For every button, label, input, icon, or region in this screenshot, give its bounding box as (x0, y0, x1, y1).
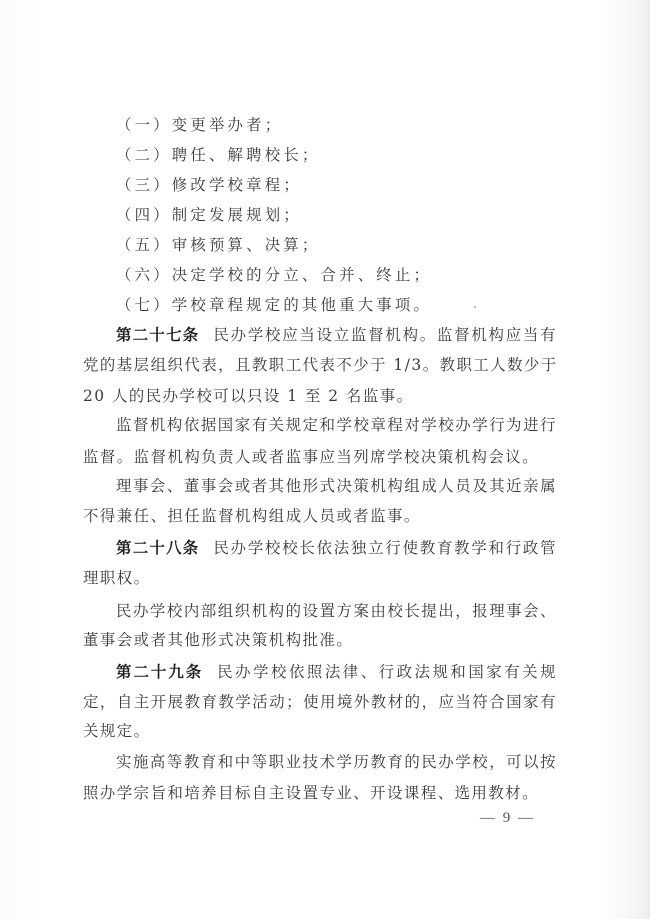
item-label: （五） (116, 236, 172, 254)
list-item: （三）修改学校章程； (116, 170, 302, 200)
article-29-p2-line-1: 实施高等教育和中等职业技术学历教育的民办学校，可以按 (116, 747, 557, 777)
list-item: （二）聘任、解聘校长； (116, 140, 321, 170)
item-text: 学校章程规定的其他重大事项。 (172, 296, 432, 314)
article-28-line-2: 理职权。 (83, 563, 557, 593)
list-item: （四）制定发展规划； (116, 200, 302, 230)
list-item: （一）变更举办者； (116, 110, 283, 140)
item-text: 修改学校章程； (172, 176, 302, 194)
article-28-heading: 第二十八条 (116, 539, 199, 557)
item-text: 聘任、解聘校长； (172, 146, 321, 164)
article-29-line-3: 关规定。 (83, 716, 557, 746)
item-text: 决定学校的分立、合并、终止； (172, 266, 432, 284)
list-item: （六）决定学校的分立、合并、终止； (116, 260, 432, 290)
item-text: 制定发展规划； (172, 206, 302, 224)
paragraph-text: 民办学校校长依法独立行使教育教学和行政管 (213, 539, 557, 557)
article-27-heading: 第二十七条 (116, 326, 199, 344)
article-27-line-2: 党的基层组织代表，且教职工代表不少于 1/3。教职工人数少于 (83, 350, 557, 380)
item-label: （一） (116, 116, 172, 134)
article-27-p3-line-1: 理事会、董事会或者其他形式决策机构组成人员及其近亲属 (116, 471, 557, 501)
article-28-p2-line-2: 董事会或者其他形式决策机构批准。 (83, 625, 557, 655)
article-29-line-2: 定，自主开展教育教学活动；使用境外教材的，应当符合国家有 (83, 687, 557, 717)
scan-speck (474, 306, 476, 308)
article-28-line-1: 第二十八条民办学校校长依法独立行使教育教学和行政管 (116, 533, 557, 563)
item-label: （四） (116, 206, 172, 224)
article-27-p3-line-2: 不得兼任、担任监督机构组成人员或者监事。 (83, 501, 557, 531)
article-28-p2-line-1: 民办学校内部组织机构的设置方案由校长提出，报理事会、 (116, 596, 557, 626)
article-29-heading: 第二十九条 (116, 663, 203, 681)
item-label: （三） (116, 176, 172, 194)
page-number: — 9 — (480, 810, 535, 827)
item-label: （七） (116, 296, 172, 314)
paragraph-text: 民办学校应当设立监督机构。监督机构应当有 (213, 326, 557, 344)
paragraph-text: 民办学校依照法律、行政法规和国家有关规 (217, 663, 557, 681)
article-27-p2-line-1: 监督机构依据国家有关规定和学校章程对学校办学行为进行 (116, 410, 557, 440)
document-page: （一）变更举办者； （二）聘任、解聘校长； （三）修改学校章程； （四）制定发展… (0, 0, 650, 919)
article-27-line-1: 第二十七条民办学校应当设立监督机构。监督机构应当有 (116, 320, 557, 350)
item-label: （六） (116, 266, 172, 284)
item-text: 审核预算、决算； (172, 236, 321, 254)
article-29-p2-line-2: 照办学宗旨和培养目标自主设置专业、开设课程、选用教材。 (83, 778, 557, 808)
list-item: （七）学校章程规定的其他重大事项。 (116, 290, 432, 320)
article-27-p2-line-2: 监督。监督机构负责人或者监事应当列席学校决策机构会议。 (83, 442, 557, 472)
article-27-line-3: 20 人的民办学校可以只设 1 至 2 名监事。 (83, 381, 557, 411)
item-text: 变更举办者； (172, 116, 284, 134)
article-29-line-1: 第二十九条民办学校依照法律、行政法规和国家有关规 (116, 657, 557, 687)
list-item: （五）审核预算、决算； (116, 230, 321, 260)
item-label: （二） (116, 146, 172, 164)
